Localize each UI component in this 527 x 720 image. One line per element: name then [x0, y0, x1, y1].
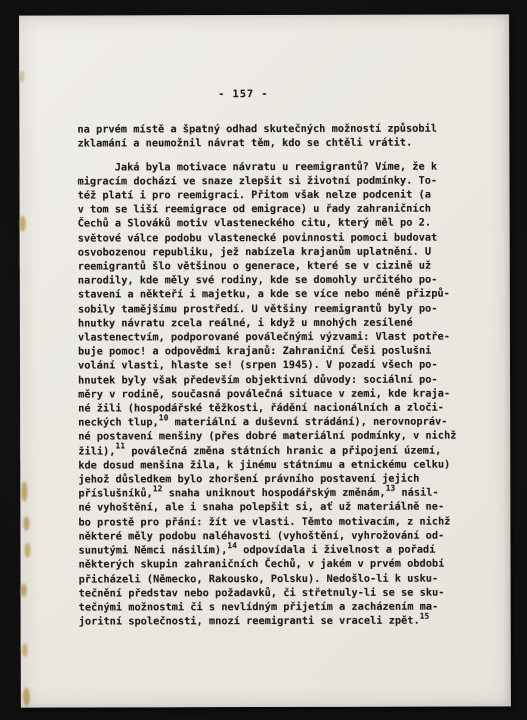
text-line: volání vlasti, hlaste se! (srpen 1945). … [78, 358, 462, 373]
text-line: v tom se liší reemigrace od emigrace) u … [78, 202, 462, 217]
text-line: světové válce podobu vlastenecké povinno… [78, 230, 462, 245]
footnote-ref: 15 [420, 611, 430, 620]
binding-stain [22, 644, 28, 657]
page-number: - 157 - [51, 87, 435, 102]
footnote-ref: 14 [227, 541, 237, 550]
scanned-book-page: - 157 - na prvém místě a špatný odhad sk… [0, 0, 527, 720]
footnote-ref: 10 [159, 413, 169, 422]
text-line: sunutými Němci násilím),14 odpovídala i … [78, 543, 462, 558]
text-line: Čechů a Slováků motiv vlasteneckého citu… [78, 216, 462, 231]
text-line: né vyhoštění, ale i snaha polepšit si, a… [78, 500, 462, 515]
text-line: osvobozenou republiku, jež nabízela kraj… [78, 244, 462, 259]
binding-stain [23, 517, 29, 531]
binding-stain [21, 482, 27, 502]
paragraph: na prvém místě a špatný odhad skutečných… [77, 122, 461, 151]
text-line: Jaká byla motivace návratu u reemigrantů… [77, 159, 461, 174]
text-line: hnutky návratu zcela reálné, i když u mn… [78, 315, 462, 330]
text-line: sobily tamějšímu prostředí. U většiny re… [78, 301, 462, 316]
text-line: joritní společnosti, mnozí reemigranti s… [79, 614, 463, 629]
binding-stain [20, 216, 26, 232]
binding-stain [24, 543, 30, 558]
text-line: některé měly podobu naléhavosti (vyhoště… [78, 528, 462, 543]
text-line: některých skupin zahraničních Čechů, v j… [79, 557, 463, 572]
text-line: narodily, kde měly své rodiny, kde se do… [78, 273, 462, 288]
text-line: přicházeli (Německo, Rakousko, Polsku). … [79, 571, 463, 586]
text-line: tečnými možnostmi či s nevlídným přijetí… [79, 599, 463, 614]
text-line: žili),11 poválečná změna státních hranic… [78, 443, 462, 458]
paragraph: Jaká byla motivace návratu u reemigrantů… [77, 159, 462, 629]
text-line: příslušníků,12 snaha uniknout hospodářsk… [78, 486, 462, 501]
text-line: na prvém místě a špatný odhad skutečných… [77, 122, 461, 137]
paper-sheet: - 157 - na prvém místě a špatný odhad sk… [19, 14, 511, 707]
text-line: neckých tlup,10 materiální a duševní str… [78, 415, 462, 430]
binding-stain [19, 71, 24, 83]
text-line: tečnění představ nebo požadavků, či stře… [79, 585, 463, 600]
binding-stain [23, 688, 30, 706]
binding-stain [21, 584, 27, 597]
text-line: buje pomoc! a odpovědmi krajanů: Zahrani… [78, 344, 462, 359]
text-line: né žili (hospodářské těžkosti, řádění na… [78, 401, 462, 416]
footnote-ref: 12 [153, 484, 163, 493]
text-line: hnutek byly však především objektivní dů… [78, 372, 462, 387]
text-line: reemigrantů šlo většinou o generace, kte… [78, 259, 462, 274]
footnote-ref: 11 [115, 442, 125, 451]
body-text: na prvém místě a špatný odhad skutečných… [77, 122, 462, 629]
text-line: migracím dochází ve snaze zlepšit si živ… [78, 173, 462, 188]
text-line: kde dosud menšina žila, k jinému státním… [78, 457, 462, 472]
footnote-ref: 13 [386, 484, 396, 493]
text-line: měry v rodině, současná poválečná situac… [78, 386, 462, 401]
text-line: vlastenectvím, podporované poválečnými v… [78, 330, 462, 345]
text-line: bo prostě pro přání: žít ve vlasti. Těmt… [78, 514, 462, 529]
text-line: stavení a někteří i majetku, a kde se ví… [78, 287, 462, 302]
text-line: jehož důsledkem bylo zhoršení právního p… [78, 472, 462, 487]
text-line: též platí i pro reemigraci. Přitom však … [78, 188, 462, 203]
text-line: zklamání a neumožnil návrat těm, kdo se … [77, 136, 461, 151]
text-line: né postavení menšiny (přes dobré materiá… [78, 429, 462, 444]
text-column: - 157 - na prvém místě a špatný odhad sk… [77, 86, 462, 628]
